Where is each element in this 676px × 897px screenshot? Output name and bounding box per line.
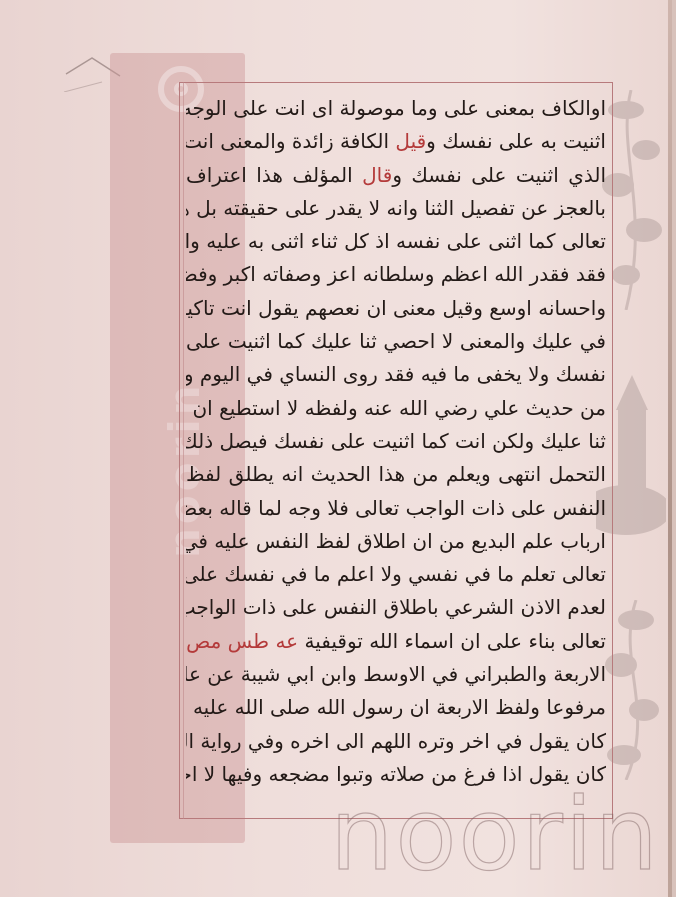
rubric-text: قيل <box>395 129 426 153</box>
text-line: بالعجز عن تفصيل الثنا وانه لا يقدر على ح… <box>186 192 606 225</box>
text-line: ارباب علم البديع من ان اطلاق لفظ النفس ع… <box>186 525 606 558</box>
text-line: تعالى تعلم ما في نفسي ولا اعلم ما في نفس… <box>186 558 606 591</box>
text-line: فقد فقدر الله اعظم وسلطانه اعز وصفاته اك… <box>186 258 606 291</box>
page-edge-binding <box>668 0 672 897</box>
text-line: تعالى كما اثنى على نفسه اذ كل ثناء اثنى … <box>186 225 606 258</box>
text-line: كان يقول اذا فرغ من صلاته وتبوا مضجعه وف… <box>186 758 606 791</box>
rubric-text: عه طس مص <box>186 629 298 653</box>
text-frame-inner-rule <box>183 82 184 819</box>
text-line: لعدم الاذن الشرعي باطلاق النفس على ذات ا… <box>186 591 606 624</box>
text-line: مرفوعا ولفظ الاربعة ان رسول الله صلى الل… <box>186 691 606 724</box>
text-line: اوالكاف بمعنى على وما موصولة اى انت على … <box>186 92 606 125</box>
manuscript-text-block: اوالكاف بمعنى على وما موصولة اى انت على … <box>186 92 606 812</box>
watermark-text: noorin <box>330 790 676 880</box>
text-line: ثنا عليك ولكن انت كما اثنيت على نفسك فيص… <box>186 425 606 458</box>
text-line: النفس على ذات الواجب تعالى فلا وجه لما ق… <box>186 492 606 525</box>
text-line-with-rubric: تعالى بناء على ان اسماء الله توقيفية عه … <box>186 625 606 658</box>
text-line: الاربعة والطبراني في الاوسط وابن ابي شيب… <box>186 658 606 691</box>
text-line: من حديث علي رضي الله عنه ولفظه لا استطيع… <box>186 392 606 425</box>
text-line: اثنيت به على نفسك وقيل الكافة زائدة والم… <box>186 125 606 158</box>
text-line: نفسك ولا يخفى ما فيه فقد روى النساي في ا… <box>186 358 606 391</box>
page-edge-outer <box>672 0 676 897</box>
text-line: التحمل انتهى ويعلم من هذا الحديث انه يطل… <box>186 458 606 491</box>
rubric-text: قال <box>362 163 392 187</box>
text-line: الذي اثنيت على نفسك وقال المؤلف هذا اعتر… <box>186 159 606 192</box>
text-line: في عليك والمعنى لا احصي ثنا عليك كما اثن… <box>186 325 606 358</box>
text-line: واحسانه اوسع وقيل معنى ان نعصهم يقول انت… <box>186 292 606 325</box>
text-line: كان يقول في اخر وتره اللهم الى اخره وفي … <box>186 725 606 758</box>
